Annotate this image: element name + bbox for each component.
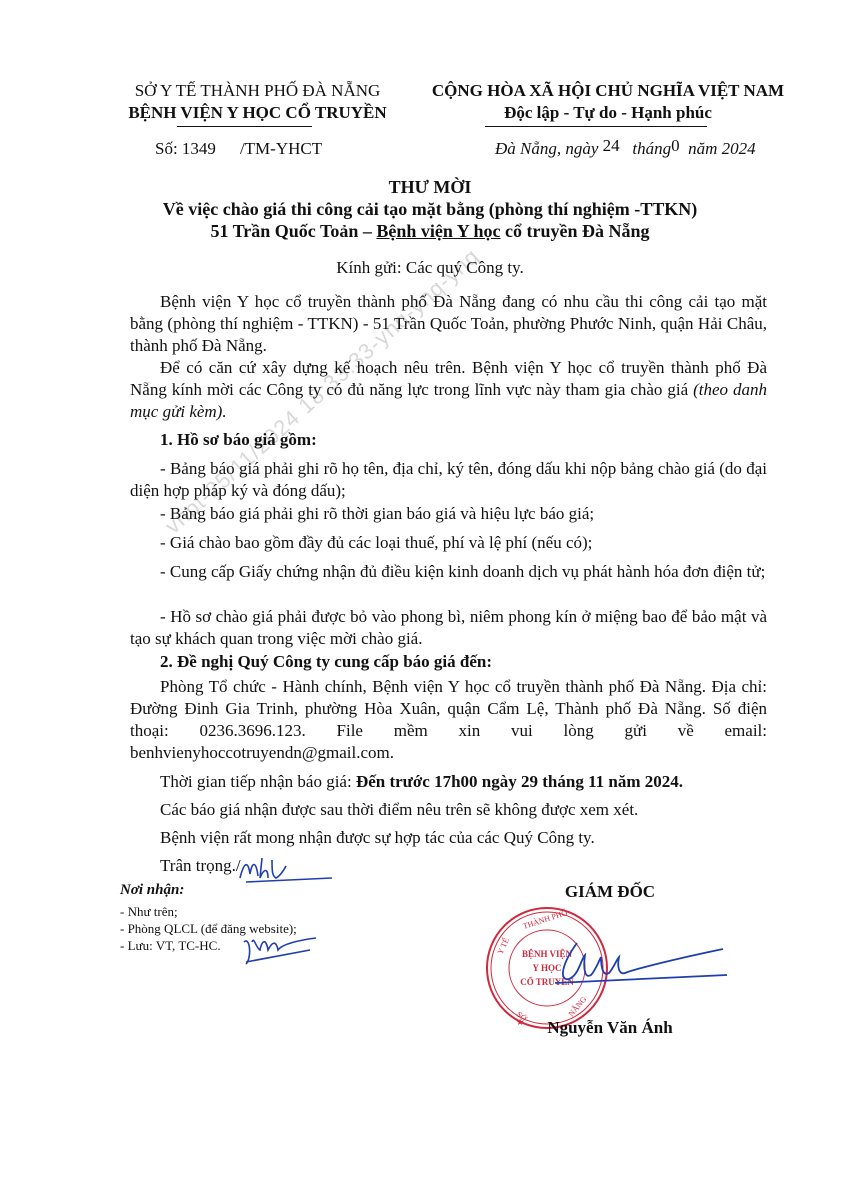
country-name: CỘNG HÒA XÃ HỘI CHỦ NGHĨA VIỆT NAM (418, 80, 798, 102)
date-month: 0 (671, 136, 680, 155)
document-number: Số: 1349/TM-YHCT (155, 139, 322, 159)
national-motto: CỘNG HÒA XÃ HỘI CHỦ NGHĨA VIỆT NAM Độc l… (418, 80, 798, 127)
svg-text:Y TẾ: Y TẾ (495, 936, 511, 956)
closing: Trân trọng./ (160, 856, 241, 876)
section-1-item: - Bảng báo giá phải ghi rõ họ tên, địa c… (130, 458, 767, 502)
signer-title: GIÁM ĐỐC (520, 882, 700, 902)
deadline: Thời gian tiếp nhận báo giá: Đến trước 1… (160, 772, 683, 792)
cooperation-note: Bệnh viện rất mong nhận được sự hợp tác … (160, 828, 595, 848)
section-1-item: - Giá chào bao gồm đầy đủ các loại thuế,… (130, 532, 767, 554)
section-1-item: - Cung cấp Giấy chứng nhận đủ điều kiện … (130, 561, 767, 583)
section-1-heading: 1. Hồ sơ báo giá gồm: (160, 430, 317, 450)
motto: Độc lập - Tự do - Hạnh phúc (418, 102, 798, 124)
greeting: Kính gửi: Các quý Công ty. (100, 258, 760, 278)
recipient-item: - Lưu: VT, TC-HC. (120, 938, 221, 954)
issuing-agency: SỞ Y TẾ THÀNH PHỐ ĐÀ NẴNG BỆNH VIỆN Y HỌ… (100, 80, 415, 127)
signer-name: Nguyễn Văn Ánh (520, 1018, 700, 1038)
recipients-title: Nơi nhận: (120, 882, 184, 899)
hospital-name: BỆNH VIỆN Y HỌC CỔ TRUYỀN (100, 102, 415, 124)
late-notice: Các báo giá nhận được sau thời điểm nêu … (160, 800, 638, 820)
initial-signature-2 (240, 928, 320, 968)
director-signature (555, 935, 730, 995)
document-title: THƯ MỜI Về việc chào giá thi công cải tạ… (100, 176, 760, 242)
title-subject-1: Về việc chào giá thi công cải tạo mặt bằ… (100, 198, 760, 220)
paragraph-invitation: Để có căn cứ xây dựng kế hoạch nêu trên.… (130, 357, 767, 423)
parent-agency: SỞ Y TẾ THÀNH PHỐ ĐÀ NẴNG (100, 80, 415, 102)
header-left-underline (177, 126, 312, 127)
section-1-item: - Hồ sơ chào giá phải được bỏ vào phong … (130, 606, 767, 650)
recipient-item: - Như trên; (120, 904, 178, 920)
submission-address: Phòng Tổ chức - Hành chính, Bệnh viện Y … (130, 676, 767, 764)
section-1-item: - Bảng báo giá phải ghi rõ thời gian báo… (130, 503, 767, 525)
date-day: 24 (603, 136, 620, 155)
paragraph-intro: Bệnh viện Y học cổ truyền thành phố Đà N… (130, 291, 767, 357)
header-right-underline (485, 126, 707, 127)
section-2-heading: 2. Đề nghị Quý Công ty cung cấp báo giá … (160, 652, 492, 672)
title-subject-2: 51 Trần Quốc Toản – Bệnh viện Y học cổ t… (100, 220, 760, 242)
title-main: THƯ MỜI (100, 176, 760, 198)
initial-signature-1 (236, 852, 336, 888)
document-page: vnpt-25/11/2024 18:33:33-ynq-ynq-ynq SỞ … (0, 0, 849, 1200)
document-date: Đà Nẵng, ngày 24 tháng0 năm 2024 (495, 139, 756, 159)
